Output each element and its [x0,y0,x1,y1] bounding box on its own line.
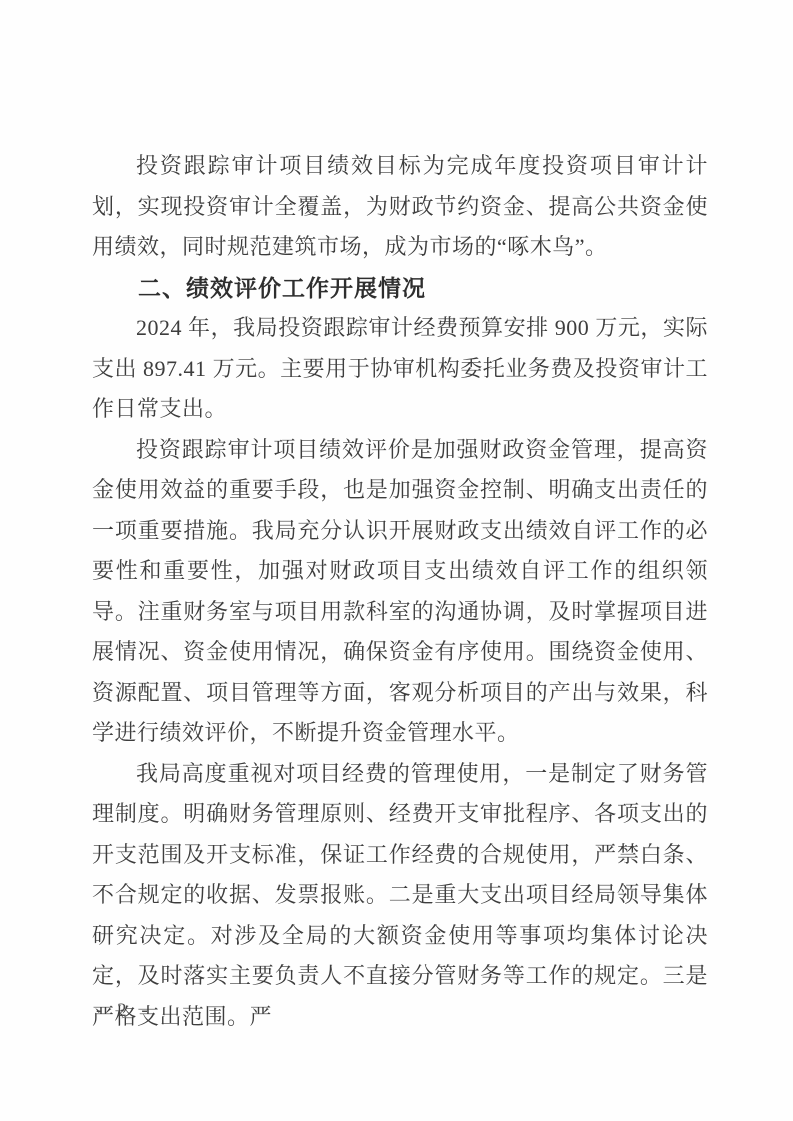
paragraph-evaluation-importance: 投资跟踪审计项目绩效评价是加强财政资金管理，提高资金使用效益的重要手段，也是加强… [92,430,708,754]
paragraph-performance-goal: 投资跟踪审计项目绩效目标为完成年度投资项目审计计划，实现投资审计全覆盖，为财政节… [92,146,708,268]
page-number: - 2 - [96,1000,153,1022]
paragraph-budget-expenditure: 2024 年，我局投资跟踪审计经费预算安排 900 万元，实际支出 897.41… [92,308,708,430]
section-heading-performance-evaluation: 二、绩效评价工作开展情况 [92,268,708,309]
paragraph-fund-management-measures: 我局高度重视对项目经费的管理使用，一是制定了财务管理制度。明确财务管理原则、经费… [92,754,708,1038]
document-body: 投资跟踪审计项目绩效目标为完成年度投资项目审计计划，实现投资审计全覆盖，为财政节… [92,146,708,1037]
document-page: 投资跟踪审计项目绩效目标为完成年度投资项目审计计划，实现投资审计全覆盖，为财政节… [0,0,793,1121]
